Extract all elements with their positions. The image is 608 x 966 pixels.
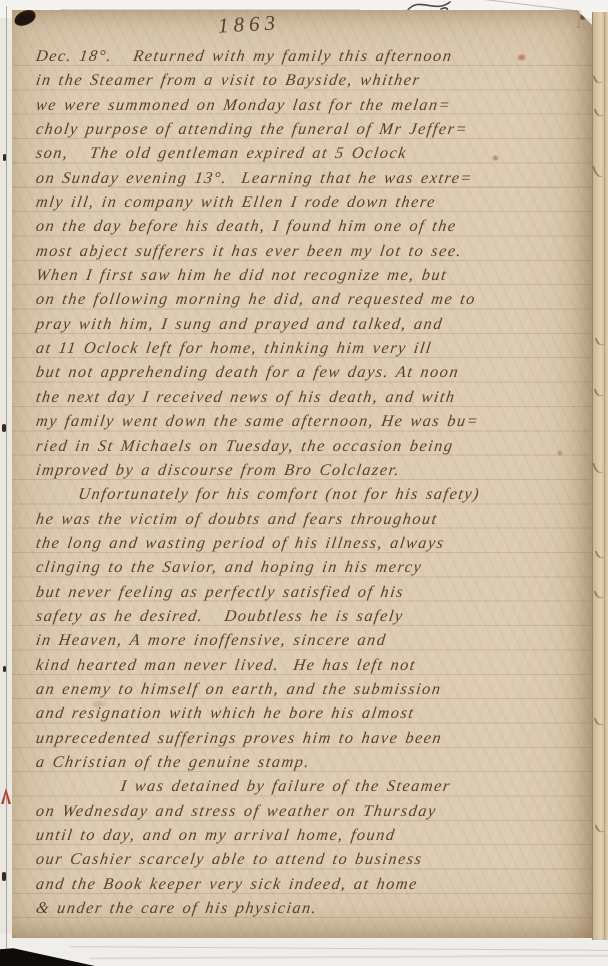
entry-line: and resignation with which he bore his a… [34, 703, 582, 727]
entry-line: a Christian of the genuine stamp. [34, 752, 582, 776]
entry-line: Unfortunately for his comfort (not for h… [34, 484, 582, 508]
entry-line: kind hearted man never lived. He has lef… [34, 655, 582, 679]
bleed-through-mark [595, 549, 604, 560]
page-edge-line [592, 12, 593, 940]
entry-line: I was detained by failure of the Steamer [34, 776, 582, 800]
bleed-through-mark [594, 387, 603, 398]
page-edge-line [604, 12, 605, 940]
entry-line: on Wednesday and stress of weather on Th… [34, 801, 582, 825]
entry-line: When I first saw him he did not recogniz… [34, 265, 582, 289]
entry-line: mly ill, in company with Ellen I rode do… [34, 192, 582, 216]
entry-line: on the following morning he did, and req… [34, 289, 582, 313]
entry-line: he was the victim of doubts and fears th… [34, 509, 582, 533]
binding-stain [2, 872, 6, 881]
entry-line: unprecedented sufferings proves him to h… [34, 728, 582, 752]
entry-line: in Heaven, A more inoffensive, sincere a… [34, 630, 582, 654]
entry-line: pray with him, I sung and prayed and tal… [34, 314, 582, 338]
entry-line: on Sunday evening 13°. Learning that he … [34, 168, 582, 192]
entry-line: my family went down the same afternoon, … [34, 411, 582, 435]
entry-line: Dec. 18°. Returned with my family this a… [34, 46, 582, 70]
binding-stain [3, 154, 6, 161]
bleed-through-mark [592, 164, 603, 179]
bleed-through-mark [592, 461, 602, 475]
photograph-frame: 1863 1 Dec. 18°. Returned with my family… [0, 0, 608, 966]
entry-line: most abject sufferers it has ever been m… [34, 241, 582, 265]
entry-line: ried in St Michaels on Tuesday, the occa… [34, 436, 582, 460]
binding-crease [6, 6, 7, 954]
entry-line: an enemy to himself on earth, and the su… [34, 679, 582, 703]
entry-line: we were summoned on Monday last for the … [34, 95, 582, 119]
entry-line: on the day before his death, I found him… [34, 216, 582, 240]
entry-line: but never feeling as perfectly satisfied… [34, 582, 582, 606]
foxing-stain [492, 155, 499, 161]
bleed-through-mark [593, 74, 602, 85]
binding-stain [3, 666, 6, 672]
page-edge-shadow [60, 9, 360, 10]
bleed-through-mark [594, 107, 603, 118]
book-binding-edge [0, 6, 13, 954]
foxing-stain [557, 450, 563, 456]
diary-entry: Dec. 18°. Returned with my family this a… [34, 46, 579, 922]
entry-line: but not apprehending death for a few day… [34, 362, 582, 386]
entry-line: and the Book keeper very sick indeed, at… [34, 874, 582, 898]
page-edge-stack [592, 12, 608, 940]
bleed-through-mark [595, 336, 604, 347]
entry-line: at 11 Oclock left for home, thinking him… [34, 338, 582, 362]
entry-line: until to day, and on my arrival home, fo… [34, 825, 582, 849]
entry-line: in the Steamer from a visit to Bayside, … [34, 70, 582, 94]
binding-stain [2, 424, 6, 432]
entry-line: the next day I received news of his deat… [34, 387, 582, 411]
ink-blot [12, 8, 37, 28]
entry-line: improved by a discourse from Bro Colclaz… [34, 460, 582, 484]
entry-line: & under the care of his physician. [34, 898, 582, 922]
pencil-page-number: 1 [575, 16, 583, 33]
bleed-through-mark [595, 823, 604, 834]
bleed-through-mark [594, 589, 603, 600]
entry-line: the long and wasting period of his illne… [34, 533, 582, 557]
foxing-stain [517, 54, 526, 61]
bleed-through-mark [594, 716, 603, 727]
entry-line: our Cashier scarcely able to attend to b… [34, 849, 582, 873]
entry-line: son, The old gentleman expired at 5 Oclo… [34, 143, 582, 167]
year-heading: 1863 [217, 10, 280, 38]
entry-line: clinging to the Savior, and hoping in hi… [34, 557, 582, 581]
entry-line: choly purpose of attending the funeral o… [34, 119, 582, 143]
entry-line: safety as he desired. Doubtless he is sa… [34, 606, 582, 630]
journal-page: 1863 1 Dec. 18°. Returned with my family… [12, 10, 592, 938]
foxing-stain [92, 700, 106, 708]
